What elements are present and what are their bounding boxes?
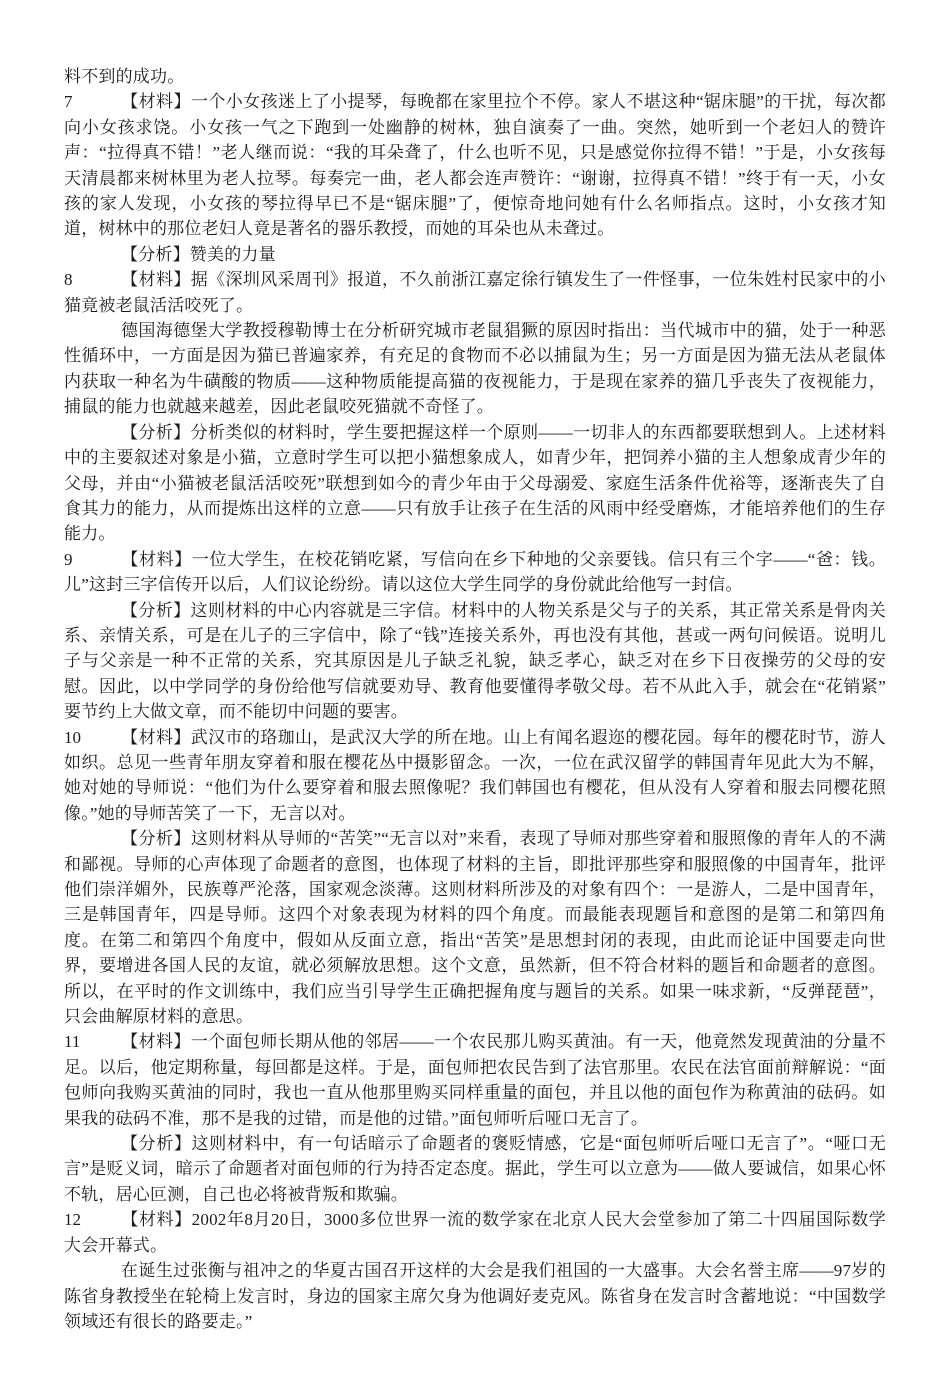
item-number: 9 xyxy=(64,547,121,572)
paragraph-text: 德国海德堡大学教授穆勒博士在分析研究城市老鼠猖獗的原因时指出：当代城市中的猫，处… xyxy=(64,321,886,416)
body-paragraph: 在诞生过张衡与祖冲之的华夏古国召开这样的大会是我们祖国的一大盛事。大会名誉主席—… xyxy=(64,1258,886,1334)
analysis-paragraph: 【分析】这则材料的中心内容就是三字信。材料中的人物关系是父与子的关系，其正常关系… xyxy=(64,598,886,725)
paragraph-text: 【分析】赞美的力量 xyxy=(121,245,276,264)
paragraph-text: 【材料】据《深圳风采周刊》报道，不久前浙江嘉定徐行镇发生了一件怪事，一位朱姓村民… xyxy=(64,270,886,314)
material-paragraph-11: 11【材料】一个面包师长期从他的邻居——一个农民那儿购买黄油。有一天，他竟然发现… xyxy=(64,1029,886,1131)
paragraph-text: 【材料】一个小女孩迷上了小提琴，每晚都在家里拉个不停。家人不堪这种“锯床腿”的干… xyxy=(64,92,886,238)
analysis-paragraph: 【分析】这则材料从导师的“苦笑”“无言以对”来看，表现了导师对那些穿着和服照像的… xyxy=(64,826,886,1029)
paragraph-text: 料不到的成功。 xyxy=(64,67,184,86)
material-paragraph-8: 8【材料】据《深圳风采周刊》报道，不久前浙江嘉定徐行镇发生了一件怪事，一位朱姓村… xyxy=(64,267,886,318)
item-number: 7 xyxy=(64,89,121,114)
item-number: 10 xyxy=(64,725,121,750)
body-paragraph: 料不到的成功。 xyxy=(64,64,886,89)
paragraph-text: 【分析】这则材料从导师的“苦笑”“无言以对”来看，表现了导师对那些穿着和服照像的… xyxy=(64,829,886,1026)
analysis-paragraph: 【分析】分析类似的材料时，学生要把握这样一个原则——一切非人的东西都要联想到人。… xyxy=(64,420,886,547)
paragraph-text: 【分析】分析类似的材料时，学生要把握这样一个原则——一切非人的东西都要联想到人。… xyxy=(64,423,886,544)
material-paragraph-9: 9【材料】一位大学生，在校花销吃紧，写信向在乡下种地的父亲要钱。信只有三个字——… xyxy=(64,547,886,598)
paragraph-text: 【分析】这则材料中，有一句话暗示了命题者的褒贬情感，它是“面包师听后哑口无言了”… xyxy=(64,1134,886,1204)
item-number: 8 xyxy=(64,267,121,292)
paragraph-text: 【分析】这则材料的中心内容就是三字信。材料中的人物关系是父与子的关系，其正常关系… xyxy=(64,601,886,722)
material-paragraph-10: 10【材料】武汉市的珞珈山，是武汉大学的所在地。山上有闻名遐迩的樱花园。每年的樱… xyxy=(64,725,886,827)
analysis-paragraph: 【分析】这则材料中，有一句话暗示了命题者的褒贬情感，它是“面包师听后哑口无言了”… xyxy=(64,1131,886,1207)
paragraph-text: 在诞生过张衡与祖冲之的华夏古国召开这样的大会是我们祖国的一大盛事。大会名誉主席—… xyxy=(64,1261,886,1331)
paragraph-text: 【材料】武汉市的珞珈山，是武汉大学的所在地。山上有闻名遐迩的樱花园。每年的樱花时… xyxy=(64,728,886,823)
material-paragraph-7: 7【材料】一个小女孩迷上了小提琴，每晚都在家里拉个不停。家人不堪这种“锯床腿”的… xyxy=(64,89,886,241)
document-page: 料不到的成功。7【材料】一个小女孩迷上了小提琴，每晚都在家里拉个不停。家人不堪这… xyxy=(0,0,950,1394)
paragraph-text: 【材料】一位大学生，在校花销吃紧，写信向在乡下种地的父亲要钱。信只有三个字——“… xyxy=(64,550,886,594)
item-number: 11 xyxy=(64,1029,121,1054)
paragraph-text: 【材料】2002年8月20日，3000多位世界一流的数学家在北京人民大会堂参加了… xyxy=(64,1210,886,1254)
material-paragraph-12: 12【材料】2002年8月20日，3000多位世界一流的数学家在北京人民大会堂参… xyxy=(64,1207,886,1258)
body-paragraph: 德国海德堡大学教授穆勒博士在分析研究城市老鼠猖獗的原因时指出：当代城市中的猫，处… xyxy=(64,318,886,420)
paragraph-text: 【材料】一个面包师长期从他的邻居——一个农民那儿购买黄油。有一天，他竟然发现黄油… xyxy=(64,1032,886,1127)
document-body: 料不到的成功。7【材料】一个小女孩迷上了小提琴，每晚都在家里拉个不停。家人不堪这… xyxy=(64,64,886,1334)
analysis-paragraph: 【分析】赞美的力量 xyxy=(64,242,886,267)
item-number: 12 xyxy=(64,1207,121,1232)
